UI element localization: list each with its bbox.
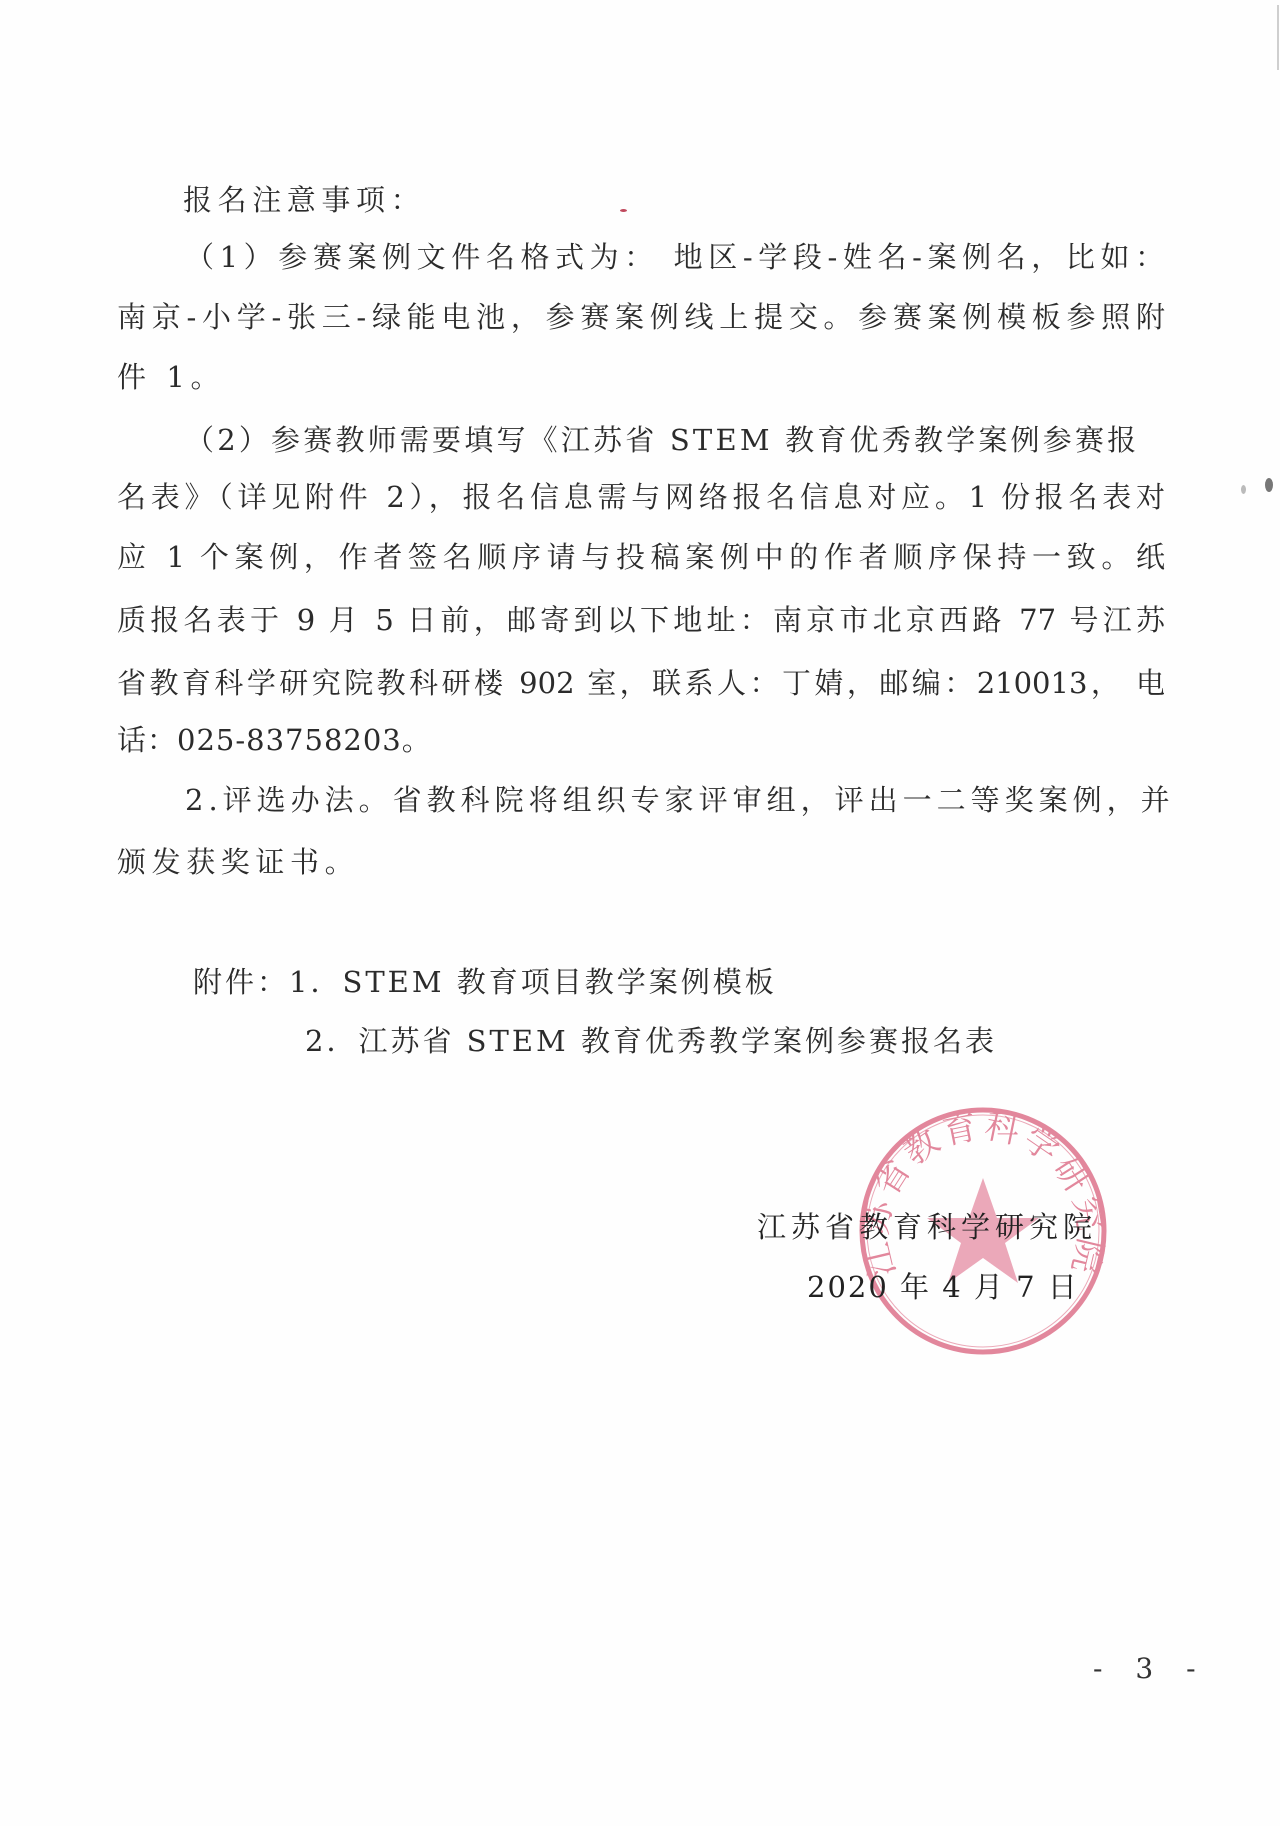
signature-date: 2020 年 4 月 7 日 (807, 1265, 1079, 1306)
attachment-item-1: 附件：1．STEM 教育项目教学案例模板 (193, 964, 777, 1000)
paragraph-2-line-5: 省教育科学研究院教科研楼 902 室，联系人：丁婧，邮编：210013， 电 (117, 665, 1165, 701)
paragraph-3-line-1: 2.评选办法。省教科院将组织专家评审组，评出一二等奖案例，并 (185, 782, 1175, 818)
page-number: - 3 - (1093, 1652, 1208, 1685)
paragraph-1-line-1: （1）参赛案例文件名格式为： 地区-学段-姓名-案例名，比如： (185, 239, 1170, 275)
scan-speck-gray (1241, 485, 1246, 494)
paragraph-2-line-1: （2）参赛教师需要填写《江苏省 STEM 教育优秀教学案例参赛报 (185, 422, 1139, 458)
notes-heading: 报名注意事项： (183, 182, 425, 218)
scan-speck-dark (1265, 478, 1273, 492)
signature-organization: 江苏省教育科学研究院 (757, 1205, 1097, 1246)
paragraph-2-line-4: 质报名表于 9 月 5 日前，邮寄到以下地址：南京市北京西路 77 号江苏 (117, 602, 1165, 638)
paragraph-1-line-3: 件 1。 (117, 359, 225, 395)
paragraph-2-line-2: 名表》（详见附件 2），报名信息需与网络报名信息对应。1 份报名表对 (117, 479, 1165, 515)
document-page: 报名注意事项： （1）参赛案例文件名格式为： 地区-学段-姓名-案例名，比如： … (0, 0, 1280, 1826)
paragraph-1-line-2: 南京-小学-张三-绿能电池，参赛案例线上提交。参赛案例模板参照附 (117, 299, 1165, 335)
paragraph-3-line-2: 颁发获奖证书。 (117, 844, 359, 880)
scan-edge-line (1277, 5, 1279, 70)
attachment-item-2: 2．江苏省 STEM 教育优秀教学案例参赛报名表 (305, 1023, 997, 1059)
paragraph-2-line-3: 应 1 个案例，作者签名顺序请与投稿案例中的作者顺序保持一致。纸 (117, 539, 1165, 575)
scan-speck-red (620, 209, 627, 212)
paragraph-2-line-6: 话：025-83758203。 (117, 722, 432, 758)
